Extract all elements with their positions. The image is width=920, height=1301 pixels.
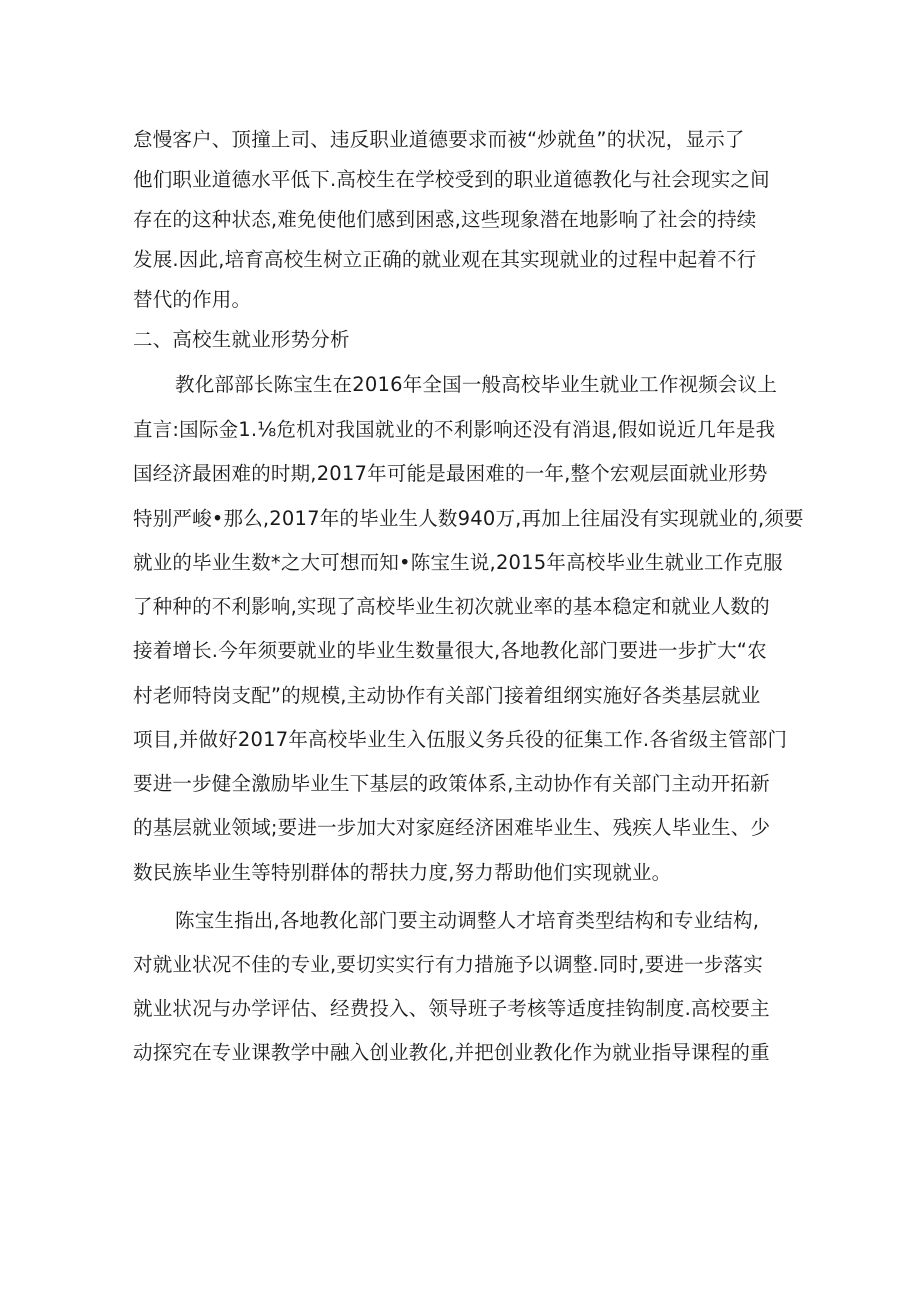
text-line: 直言:国际金1.⅛危机对我国就业的不利影响还没有消退,假如说近几年是我 [133,417,793,443]
text-line: 的基层就业领域;要进一步加大对家庭经济困难毕业生、残疾人毕业生、少 [133,815,793,841]
text-line: 就业状况与办学评估、经费投入、领导班子考核等适度挂钩制度.高校要主 [133,996,793,1022]
text-line: 他们职业道德水平低下.高校生在学校受到的职业道德教化与社会现实之间 [133,167,793,193]
text-line: 国经济最困难的时期,2017年可能是最困难的一年,整个宏观层面就业形势 [133,461,793,487]
paragraph-first-line: 教化部部长陈宝生在2016年全国一般高校毕业生就业工作视频会议上 [175,372,795,398]
section-heading: 二、高校生就业形势分析 [133,327,793,353]
paragraph-first-line: 陈宝生指出,各地教化部门要主动调整人才培育类型结构和专业结构, [175,908,795,934]
text-line: 接着增长.今年须要就业的毕业生数量很大,各地教化部门要进一步扩大“农 [133,638,793,664]
text-line: 怠慢客户、顶撞上司、违反职业道德要求而被“炒就鱼”的状况，显示了 [133,127,793,153]
text-line: 发展.因此,培育高校生树立正确的就业观在其实现就业的过程中起着不行 [133,247,793,273]
text-line: 村老师特岗支配”的规模,主动协作有关部门接着组纲实施好各类基层就业 [133,683,793,709]
text-line: 要进一步健全激励毕业生下基层的政策体系,主动协作有关部门主动开拓新 [133,771,793,797]
text-line: 就业的毕业生数*之大可想而知•陈宝生说,2015年高校毕业生就业工作克服 [133,550,793,576]
text-line: 特别严峻•那么,2017年的毕业生人数940万,再加上往届没有实现就业的,须要 [133,506,793,532]
text-line: 项目,并做好2017年高校毕业生入伍服义务兵役的征集工作.各省级主管部门 [133,727,793,753]
text-line: 动探究在专业课教学中融入创业教化,并把创业教化作为就业指导课程的重 [133,1040,793,1066]
text-line: 替代的作用。 [133,287,793,313]
text-line: 对就业状况不佳的专业,要切实实行有力措施予以调整.同时,要进一步落实 [133,952,793,978]
text-line: 存在的这种状态,难免使他们感到困惑,这些现象潜在地影响了社会的持续 [133,207,793,233]
text-line: 了种种的不利影响,实现了高校毕业生初次就业率的基本稳定和就业人数的 [133,594,793,620]
text-line: 数民族毕业生等特别群体的帮扶力度,努力帮助他们实现就业。 [133,860,793,886]
document-page: 怠慢客户、顶撞上司、违反职业道德要求而被“炒就鱼”的状况，显示了 他们职业道德水… [0,0,920,1301]
